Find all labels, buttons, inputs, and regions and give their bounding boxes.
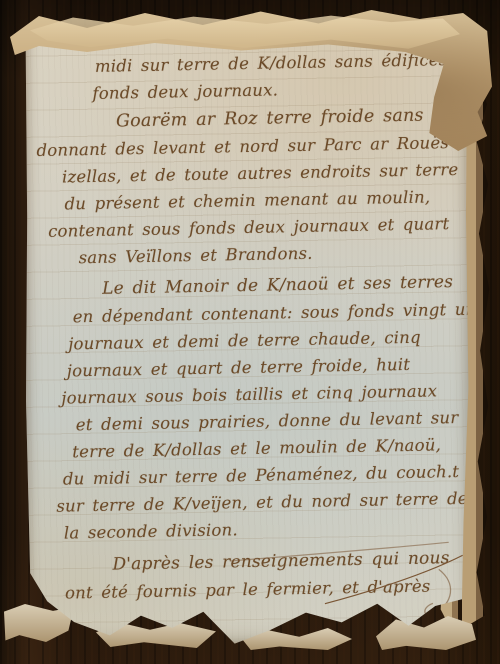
text-line: fonds deux journaux. <box>92 73 451 107</box>
photo-background: { "manuscript": { "lines": [ "midi sur t… <box>0 0 500 664</box>
text-line: sans Veïllons et Brandons. <box>78 237 454 271</box>
manuscript-page: midi sur terre de K/dollas sans édifices… <box>23 31 471 647</box>
manuscript-text: midi sur terre de K/dollas sans édifices… <box>35 46 462 607</box>
manuscript-photo: midi sur terre de K/dollas sans édifices… <box>0 0 500 664</box>
torn-paper-fragment <box>376 616 476 650</box>
